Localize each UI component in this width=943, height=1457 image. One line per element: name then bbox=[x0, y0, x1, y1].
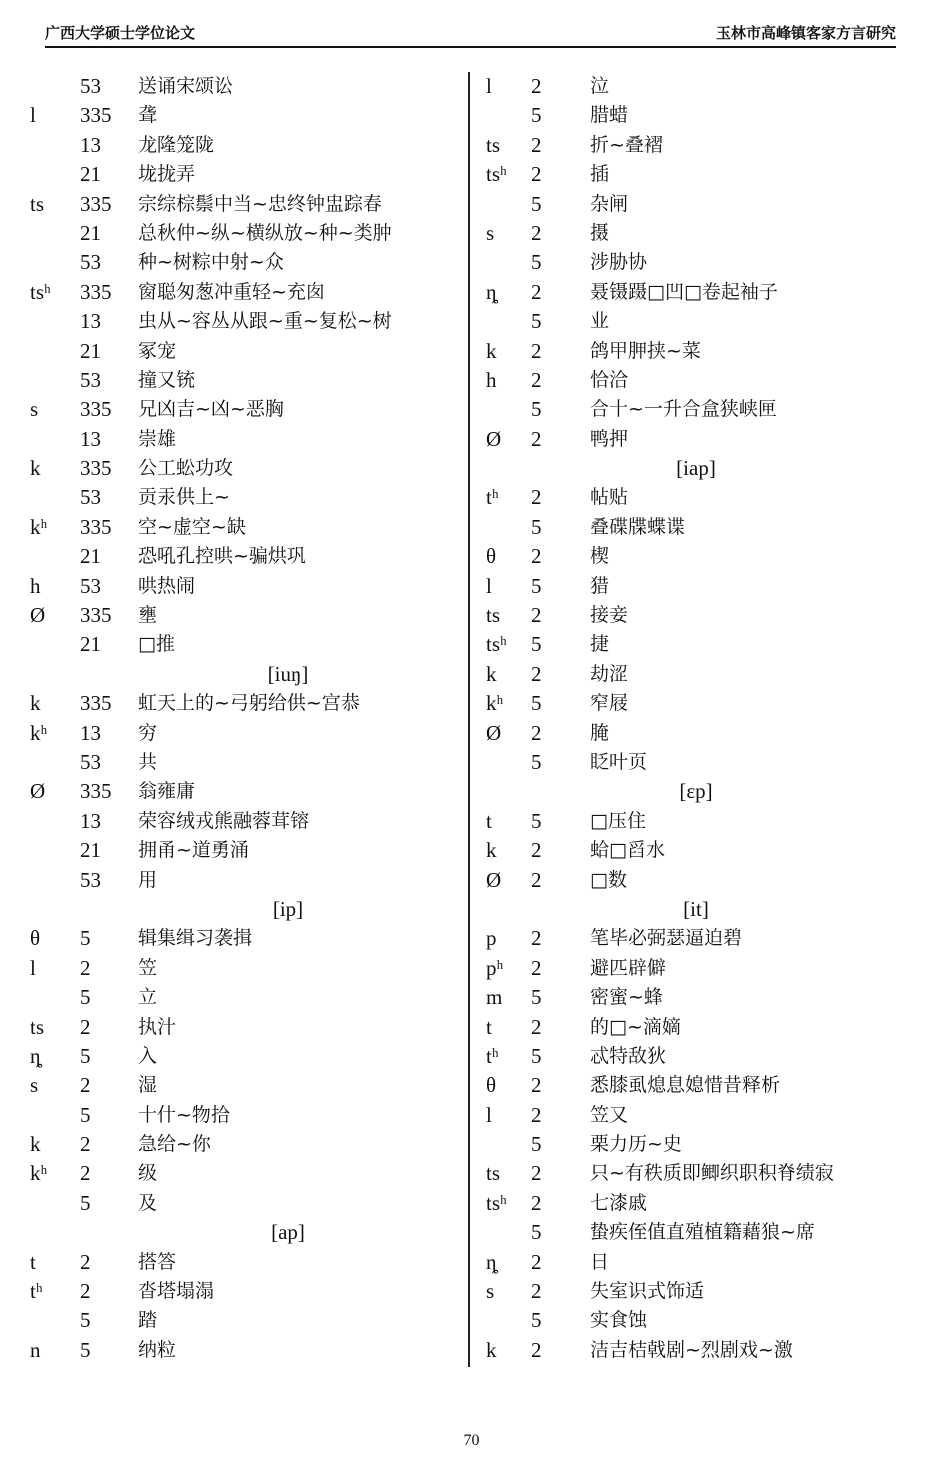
character-list: 的□~滴嫡 bbox=[590, 1013, 681, 1042]
tone-value: 2 bbox=[80, 1013, 130, 1042]
tone-value: 2 bbox=[531, 337, 581, 366]
initial-consonant: kʰ bbox=[30, 1159, 70, 1188]
character-list: 洁吉桔戟剧~烈剧戏~激 bbox=[590, 1336, 793, 1365]
character-list: 实食蚀 bbox=[590, 1306, 647, 1335]
syllable-row: θ5辑集缉习袭揖 bbox=[30, 924, 466, 953]
initial-consonant: l bbox=[30, 101, 70, 130]
syllable-row: n5纳粒 bbox=[30, 1336, 466, 1365]
page-header: 广西大学硕士学位论文 玉林市高峰镇客家方言研究 bbox=[45, 20, 896, 48]
character-list: 总秋仲~纵~横纵放~种~类肿 bbox=[138, 219, 392, 248]
syllable-row: 5眨叶页 bbox=[486, 748, 906, 777]
tone-value: 5 bbox=[531, 1306, 581, 1335]
character-list: 拥甬~道勇涌 bbox=[138, 836, 249, 865]
tone-value: 53 bbox=[80, 483, 130, 512]
syllable-row: kʰ335空~虚空~缺 bbox=[30, 513, 466, 542]
character-list: 穷 bbox=[138, 719, 157, 748]
character-list: 兄凶吉~凶~恶胸 bbox=[138, 395, 284, 424]
tone-value: 335 bbox=[80, 601, 130, 630]
syllable-row: 21总秋仲~纵~横纵放~种~类肿 bbox=[30, 219, 466, 248]
initial-consonant: s bbox=[486, 219, 526, 248]
character-list: 十什~物拾 bbox=[138, 1101, 230, 1130]
syllable-row: Ø2鸭押 bbox=[486, 425, 906, 454]
tone-value: 335 bbox=[80, 454, 130, 483]
character-list: 楔 bbox=[590, 542, 609, 571]
syllable-row: 53种~树粽中射~众 bbox=[30, 248, 466, 277]
syllable-row: tʰ2沓塔塌溻 bbox=[30, 1277, 466, 1306]
character-list: 级 bbox=[138, 1159, 157, 1188]
character-list: 七漆戚 bbox=[590, 1189, 647, 1218]
character-list: 劫涩 bbox=[590, 660, 628, 689]
tone-value: 2 bbox=[531, 1013, 581, 1042]
character-list: 共 bbox=[138, 748, 157, 777]
syllable-row: l2笠 bbox=[30, 954, 466, 983]
initial-consonant: s bbox=[30, 395, 70, 424]
syllable-row: m5密蜜~蜂 bbox=[486, 983, 906, 1012]
syllable-row: l2泣 bbox=[486, 72, 906, 101]
tone-value: 5 bbox=[531, 983, 581, 1012]
syllable-row: 21□推 bbox=[30, 630, 466, 659]
initial-consonant: tʰ bbox=[30, 1277, 70, 1306]
character-list: 鸭押 bbox=[590, 425, 628, 454]
syllable-row: ȵ2日 bbox=[486, 1248, 906, 1277]
tone-value: 53 bbox=[80, 748, 130, 777]
syllable-row: Ø335壅 bbox=[30, 601, 466, 630]
character-list: 避匹辟僻 bbox=[590, 954, 666, 983]
tone-value: 2 bbox=[531, 866, 581, 895]
tone-value: 2 bbox=[531, 1336, 581, 1365]
syllable-row: 13崇雄 bbox=[30, 425, 466, 454]
character-list: 笠 bbox=[138, 954, 157, 983]
tone-value: 5 bbox=[80, 1042, 130, 1071]
character-list: 捷 bbox=[590, 630, 609, 659]
syllable-row: 5栗力历~史 bbox=[486, 1130, 906, 1159]
character-list: 湿 bbox=[138, 1071, 157, 1100]
tone-value: 13 bbox=[80, 425, 130, 454]
tone-value: 2 bbox=[531, 924, 581, 953]
syllable-row: 5实食蚀 bbox=[486, 1306, 906, 1335]
character-list: 辑集缉习袭揖 bbox=[138, 924, 252, 953]
character-list: 龙隆笼陇 bbox=[138, 131, 214, 160]
character-list: □推 bbox=[138, 630, 175, 659]
syllable-row: 13龙隆笼陇 bbox=[30, 131, 466, 160]
syllable-row: Ø335翁雍庸 bbox=[30, 777, 466, 806]
character-list: 腌 bbox=[590, 719, 609, 748]
syllable-row: 5合十~一升合盒狭峡匣 bbox=[486, 395, 906, 424]
character-list: 荣容绒戎熊融蓉茸镕 bbox=[138, 807, 309, 836]
initial-consonant: t bbox=[30, 1248, 70, 1277]
tone-value: 335 bbox=[80, 395, 130, 424]
character-list: 合十~一升合盒狭峡匣 bbox=[590, 395, 777, 424]
syllable-row: 53撞又铳 bbox=[30, 366, 466, 395]
character-list: 虹天上的~弓躬给供~宫恭 bbox=[138, 689, 360, 718]
rime-label: [ɛp] bbox=[679, 777, 712, 806]
initial-consonant: Ø bbox=[30, 777, 70, 806]
syllable-row: tʰ5忒特敌狄 bbox=[486, 1042, 906, 1071]
initial-consonant: s bbox=[486, 1277, 526, 1306]
syllable-row: θ2悉膝虱熄息媳惜昔释析 bbox=[486, 1071, 906, 1100]
tone-value: 2 bbox=[531, 719, 581, 748]
character-list: 插 bbox=[590, 160, 609, 189]
syllable-row: 5叠碟牒蝶谍 bbox=[486, 513, 906, 542]
initial-consonant: θ bbox=[486, 542, 526, 571]
tone-value: 21 bbox=[80, 630, 130, 659]
initial-consonant: k bbox=[30, 689, 70, 718]
character-list: 纳粒 bbox=[138, 1336, 176, 1365]
rime-label: [iuŋ] bbox=[188, 660, 309, 689]
syllable-row: 5蛰疾侄值直殖植籍藉狼~席 bbox=[486, 1218, 906, 1247]
syllable-row: t2搭答 bbox=[30, 1248, 466, 1277]
tone-value: 335 bbox=[80, 278, 130, 307]
syllable-row: 5立 bbox=[30, 983, 466, 1012]
character-list: 业 bbox=[590, 307, 609, 336]
character-list: 入 bbox=[138, 1042, 157, 1071]
initial-consonant: kʰ bbox=[30, 513, 70, 542]
syllable-row: k335公工蚣功攻 bbox=[30, 454, 466, 483]
character-list: 立 bbox=[138, 983, 157, 1012]
syllable-row: ȵ2聂镊蹑□凹□卷起袖子 bbox=[486, 278, 906, 307]
column-divider bbox=[468, 72, 470, 1367]
tone-value: 2 bbox=[80, 1071, 130, 1100]
syllable-row: 5踏 bbox=[30, 1306, 466, 1335]
syllable-row: kʰ2级 bbox=[30, 1159, 466, 1188]
tone-value: 2 bbox=[531, 366, 581, 395]
tone-value: 53 bbox=[80, 72, 130, 101]
character-list: 腊蜡 bbox=[590, 101, 628, 130]
tone-value: 5 bbox=[531, 190, 581, 219]
syllable-row: 21恐吼孔控哄~骗烘巩 bbox=[30, 542, 466, 571]
section-heading: [iuŋ] bbox=[30, 660, 466, 689]
tone-value: 13 bbox=[80, 719, 130, 748]
initial-consonant: h bbox=[30, 572, 70, 601]
character-list: 冢宠 bbox=[138, 337, 176, 366]
right-column: l2泣5腊蜡ts2折~叠褶tsʰ2插5杂闸s2摄5涉胁协ȵ2聂镊蹑□凹□卷起袖子… bbox=[486, 72, 906, 1365]
character-list: 垅拢弄 bbox=[138, 160, 195, 189]
initial-consonant: tsʰ bbox=[486, 1189, 526, 1218]
tone-value: 2 bbox=[531, 660, 581, 689]
initial-consonant: ts bbox=[486, 131, 526, 160]
syllable-row: 5涉胁协 bbox=[486, 248, 906, 277]
syllable-row: tsʰ335窗聪匆葱冲重轻~充囱 bbox=[30, 278, 466, 307]
initial-consonant: k bbox=[486, 337, 526, 366]
initial-consonant: θ bbox=[486, 1071, 526, 1100]
character-list: 猎 bbox=[590, 572, 609, 601]
tone-value: 5 bbox=[531, 395, 581, 424]
tone-value: 5 bbox=[80, 1306, 130, 1335]
tone-value: 21 bbox=[80, 337, 130, 366]
tone-value: 5 bbox=[80, 924, 130, 953]
tone-value: 2 bbox=[531, 219, 581, 248]
character-list: 鸽甲胛挟~菜 bbox=[590, 337, 701, 366]
initial-consonant: tʰ bbox=[486, 1042, 526, 1071]
syllable-row: Ø2腌 bbox=[486, 719, 906, 748]
rime-label: [iap] bbox=[676, 454, 716, 483]
character-list: 贡汞供上~ bbox=[138, 483, 230, 512]
character-list: 帖贴 bbox=[590, 483, 628, 512]
tone-value: 53 bbox=[80, 866, 130, 895]
tone-value: 5 bbox=[531, 1130, 581, 1159]
syllable-row: tsʰ2七漆戚 bbox=[486, 1189, 906, 1218]
character-list: 窄屐 bbox=[590, 689, 628, 718]
syllable-row: pʰ2避匹辟僻 bbox=[486, 954, 906, 983]
tone-value: 13 bbox=[80, 807, 130, 836]
initial-consonant: l bbox=[486, 572, 526, 601]
thesis-title: 玉林市高峰镇客家方言研究 bbox=[716, 22, 896, 43]
tone-value: 2 bbox=[531, 1159, 581, 1188]
syllable-row: s335兄凶吉~凶~恶胸 bbox=[30, 395, 466, 424]
syllable-row: 53贡汞供上~ bbox=[30, 483, 466, 512]
tone-value: 2 bbox=[531, 1277, 581, 1306]
initial-consonant: tʰ bbox=[486, 483, 526, 512]
tone-value: 2 bbox=[531, 1248, 581, 1277]
syllable-row: 21冢宠 bbox=[30, 337, 466, 366]
initial-consonant: s bbox=[30, 1071, 70, 1100]
syllable-row: k2劫涩 bbox=[486, 660, 906, 689]
character-list: □数 bbox=[590, 866, 627, 895]
tone-value: 21 bbox=[80, 219, 130, 248]
tone-value: 2 bbox=[531, 483, 581, 512]
character-list: 栗力历~史 bbox=[590, 1130, 682, 1159]
tone-value: 5 bbox=[80, 1101, 130, 1130]
syllable-row: t5□压住 bbox=[486, 807, 906, 836]
character-list: 用 bbox=[138, 866, 157, 895]
syllable-row: h53哄热闹 bbox=[30, 572, 466, 601]
tone-value: 2 bbox=[531, 278, 581, 307]
syllable-row: s2失室识式饰适 bbox=[486, 1277, 906, 1306]
initial-consonant: pʰ bbox=[486, 954, 526, 983]
character-list: 恐吼孔控哄~骗烘巩 bbox=[138, 542, 306, 571]
character-list: 种~树粽中射~众 bbox=[138, 248, 284, 277]
initial-consonant: m bbox=[486, 983, 526, 1012]
initial-consonant: t bbox=[486, 807, 526, 836]
character-list: 悉膝虱熄息媳惜昔释析 bbox=[590, 1071, 780, 1100]
syllable-row: s2摄 bbox=[486, 219, 906, 248]
character-list: 空~虚空~缺 bbox=[138, 513, 246, 542]
syllable-row: 53用 bbox=[30, 866, 466, 895]
character-list: 沓塔塌溻 bbox=[138, 1277, 214, 1306]
tone-value: 13 bbox=[80, 131, 130, 160]
initial-consonant: tsʰ bbox=[486, 630, 526, 659]
syllable-row: kʰ5窄屐 bbox=[486, 689, 906, 718]
syllable-row: 5十什~物拾 bbox=[30, 1101, 466, 1130]
tone-value: 2 bbox=[531, 954, 581, 983]
initial-consonant: ȵ bbox=[486, 278, 526, 307]
tone-value: 5 bbox=[531, 513, 581, 542]
character-list: 涉胁协 bbox=[590, 248, 647, 277]
tone-value: 21 bbox=[80, 542, 130, 571]
left-column: 53送诵宋颂讼l335聋13龙隆笼陇21垅拢弄ts335宗综棕鬃中当~忠终钟盅踪… bbox=[30, 72, 466, 1365]
tone-value: 2 bbox=[80, 1277, 130, 1306]
tone-value: 5 bbox=[80, 983, 130, 1012]
character-list: 聋 bbox=[138, 101, 157, 130]
character-list: 送诵宋颂讼 bbox=[138, 72, 233, 101]
syllable-row: tsʰ2插 bbox=[486, 160, 906, 189]
character-list: 叠碟牒蝶谍 bbox=[590, 513, 685, 542]
syllable-row: k2蛤□舀水 bbox=[486, 836, 906, 865]
syllable-row: ts2执汁 bbox=[30, 1013, 466, 1042]
tone-value: 2 bbox=[531, 542, 581, 571]
tone-value: 5 bbox=[531, 101, 581, 130]
tone-value: 5 bbox=[531, 807, 581, 836]
tone-value: 2 bbox=[531, 425, 581, 454]
syllable-row: ts335宗综棕鬃中当~忠终钟盅踪春 bbox=[30, 190, 466, 219]
section-heading: [ap] bbox=[30, 1218, 466, 1247]
tone-value: 335 bbox=[80, 513, 130, 542]
tone-value: 2 bbox=[80, 1130, 130, 1159]
character-list: 笔毕必弼瑟逼迫碧 bbox=[590, 924, 742, 953]
tone-value: 5 bbox=[80, 1336, 130, 1365]
tone-value: 2 bbox=[531, 836, 581, 865]
tone-value: 2 bbox=[531, 72, 581, 101]
tone-value: 5 bbox=[531, 630, 581, 659]
initial-consonant: ȵ bbox=[486, 1248, 526, 1277]
character-list: 折~叠褶 bbox=[590, 131, 663, 160]
section-heading: [ɛp] bbox=[486, 777, 906, 806]
initial-consonant: t bbox=[486, 1013, 526, 1042]
syllable-row: t2的□~滴嫡 bbox=[486, 1013, 906, 1042]
syllable-row: ts2接妾 bbox=[486, 601, 906, 630]
initial-consonant: ȵ bbox=[30, 1042, 70, 1071]
initial-consonant: Ø bbox=[30, 601, 70, 630]
thesis-label: 广西大学硕士学位论文 bbox=[45, 22, 195, 43]
tone-value: 2 bbox=[80, 1248, 130, 1277]
initial-consonant: k bbox=[486, 836, 526, 865]
syllable-row: k335虹天上的~弓躬给供~宫恭 bbox=[30, 689, 466, 718]
character-list: 宗综棕鬃中当~忠终钟盅踪春 bbox=[138, 190, 382, 219]
initial-consonant: k bbox=[486, 1336, 526, 1365]
initial-consonant: Ø bbox=[486, 866, 526, 895]
syllable-row: ȵ5入 bbox=[30, 1042, 466, 1071]
initial-consonant: l bbox=[486, 1101, 526, 1130]
character-list: 哄热闹 bbox=[138, 572, 195, 601]
tone-value: 21 bbox=[80, 836, 130, 865]
initial-consonant: kʰ bbox=[30, 719, 70, 748]
initial-consonant: Ø bbox=[486, 425, 526, 454]
initial-consonant: ts bbox=[30, 1013, 70, 1042]
initial-consonant: kʰ bbox=[486, 689, 526, 718]
initial-consonant: l bbox=[30, 954, 70, 983]
syllable-row: 53共 bbox=[30, 748, 466, 777]
tone-value: 5 bbox=[531, 307, 581, 336]
tone-value: 5 bbox=[531, 572, 581, 601]
syllable-row: 5业 bbox=[486, 307, 906, 336]
syllable-row: l2笠又 bbox=[486, 1101, 906, 1130]
tone-value: 335 bbox=[80, 689, 130, 718]
syllable-row: tsʰ5捷 bbox=[486, 630, 906, 659]
character-list: 翁雍庸 bbox=[138, 777, 195, 806]
character-list: 蛤□舀水 bbox=[590, 836, 665, 865]
syllable-row: l5猎 bbox=[486, 572, 906, 601]
syllable-row: l335聋 bbox=[30, 101, 466, 130]
tone-value: 2 bbox=[80, 1159, 130, 1188]
character-list: 蛰疾侄值直殖植籍藉狼~席 bbox=[590, 1218, 815, 1247]
initial-consonant: k bbox=[486, 660, 526, 689]
initial-consonant: ts bbox=[486, 601, 526, 630]
character-list: 虫从~容丛从跟~重~复松~树 bbox=[138, 307, 392, 336]
syllable-row: k2急给~你 bbox=[30, 1130, 466, 1159]
tone-value: 5 bbox=[531, 748, 581, 777]
initial-consonant: l bbox=[486, 72, 526, 101]
syllable-row: k2洁吉桔戟剧~烈剧戏~激 bbox=[486, 1336, 906, 1365]
syllable-row: h2恰洽 bbox=[486, 366, 906, 395]
character-list: 忒特敌狄 bbox=[590, 1042, 666, 1071]
character-list: 聂镊蹑□凹□卷起袖子 bbox=[590, 278, 778, 307]
tone-value: 2 bbox=[531, 601, 581, 630]
character-list: 眨叶页 bbox=[590, 748, 647, 777]
initial-consonant: p bbox=[486, 924, 526, 953]
syllable-row: p2笔毕必弼瑟逼迫碧 bbox=[486, 924, 906, 953]
syllable-row: k2鸽甲胛挟~菜 bbox=[486, 337, 906, 366]
initial-consonant: n bbox=[30, 1336, 70, 1365]
tone-value: 5 bbox=[531, 1218, 581, 1247]
initial-consonant: tsʰ bbox=[30, 278, 70, 307]
character-list: 泣 bbox=[590, 72, 609, 101]
tone-value: 5 bbox=[531, 689, 581, 718]
initial-consonant: Ø bbox=[486, 719, 526, 748]
tone-value: 53 bbox=[80, 248, 130, 277]
tone-value: 2 bbox=[531, 1101, 581, 1130]
character-list: 接妾 bbox=[590, 601, 628, 630]
character-list: 窗聪匆葱冲重轻~充囱 bbox=[138, 278, 325, 307]
syllable-row: 5腊蜡 bbox=[486, 101, 906, 130]
character-list: 及 bbox=[138, 1189, 157, 1218]
syllable-row: Ø2□数 bbox=[486, 866, 906, 895]
character-list: 搭答 bbox=[138, 1248, 176, 1277]
tone-value: 2 bbox=[531, 1189, 581, 1218]
tone-value: 2 bbox=[531, 131, 581, 160]
character-list: 踏 bbox=[138, 1306, 157, 1335]
tone-value: 5 bbox=[531, 248, 581, 277]
initial-consonant: ts bbox=[30, 190, 70, 219]
rime-label: [ap] bbox=[191, 1218, 305, 1247]
character-list: 壅 bbox=[138, 601, 157, 630]
tone-value: 335 bbox=[80, 101, 130, 130]
rime-label: [it] bbox=[683, 895, 709, 924]
character-list: 密蜜~蜂 bbox=[590, 983, 663, 1012]
section-heading: [iap] bbox=[486, 454, 906, 483]
character-list: □压住 bbox=[590, 807, 646, 836]
character-list: 笠又 bbox=[590, 1101, 628, 1130]
tone-value: 53 bbox=[80, 366, 130, 395]
initial-consonant: h bbox=[486, 366, 526, 395]
syllable-row: ts2折~叠褶 bbox=[486, 131, 906, 160]
character-list: 摄 bbox=[590, 219, 609, 248]
syllable-row: 21垅拢弄 bbox=[30, 160, 466, 189]
rime-label: [ip] bbox=[193, 895, 303, 924]
initial-consonant: k bbox=[30, 1130, 70, 1159]
syllable-row: 21拥甬~道勇涌 bbox=[30, 836, 466, 865]
syllable-row: tʰ2帖贴 bbox=[486, 483, 906, 512]
section-heading: [it] bbox=[486, 895, 906, 924]
character-list: 只~有秩质即鲫织职积脊绩寂 bbox=[590, 1159, 834, 1188]
syllable-row: 13虫从~容丛从跟~重~复松~树 bbox=[30, 307, 466, 336]
tone-value: 2 bbox=[531, 1071, 581, 1100]
tone-value: 53 bbox=[80, 572, 130, 601]
syllable-row: 53送诵宋颂讼 bbox=[30, 72, 466, 101]
section-heading: [ip] bbox=[30, 895, 466, 924]
initial-consonant: θ bbox=[30, 924, 70, 953]
character-list: 公工蚣功攻 bbox=[138, 454, 233, 483]
character-list: 日 bbox=[590, 1248, 609, 1277]
syllable-row: s2湿 bbox=[30, 1071, 466, 1100]
initial-consonant: k bbox=[30, 454, 70, 483]
character-list: 杂闸 bbox=[590, 190, 628, 219]
tone-value: 2 bbox=[531, 160, 581, 189]
character-list: 执汁 bbox=[138, 1013, 176, 1042]
character-list: 崇雄 bbox=[138, 425, 176, 454]
tone-value: 21 bbox=[80, 160, 130, 189]
tone-value: 2 bbox=[80, 954, 130, 983]
character-list: 撞又铳 bbox=[138, 366, 195, 395]
